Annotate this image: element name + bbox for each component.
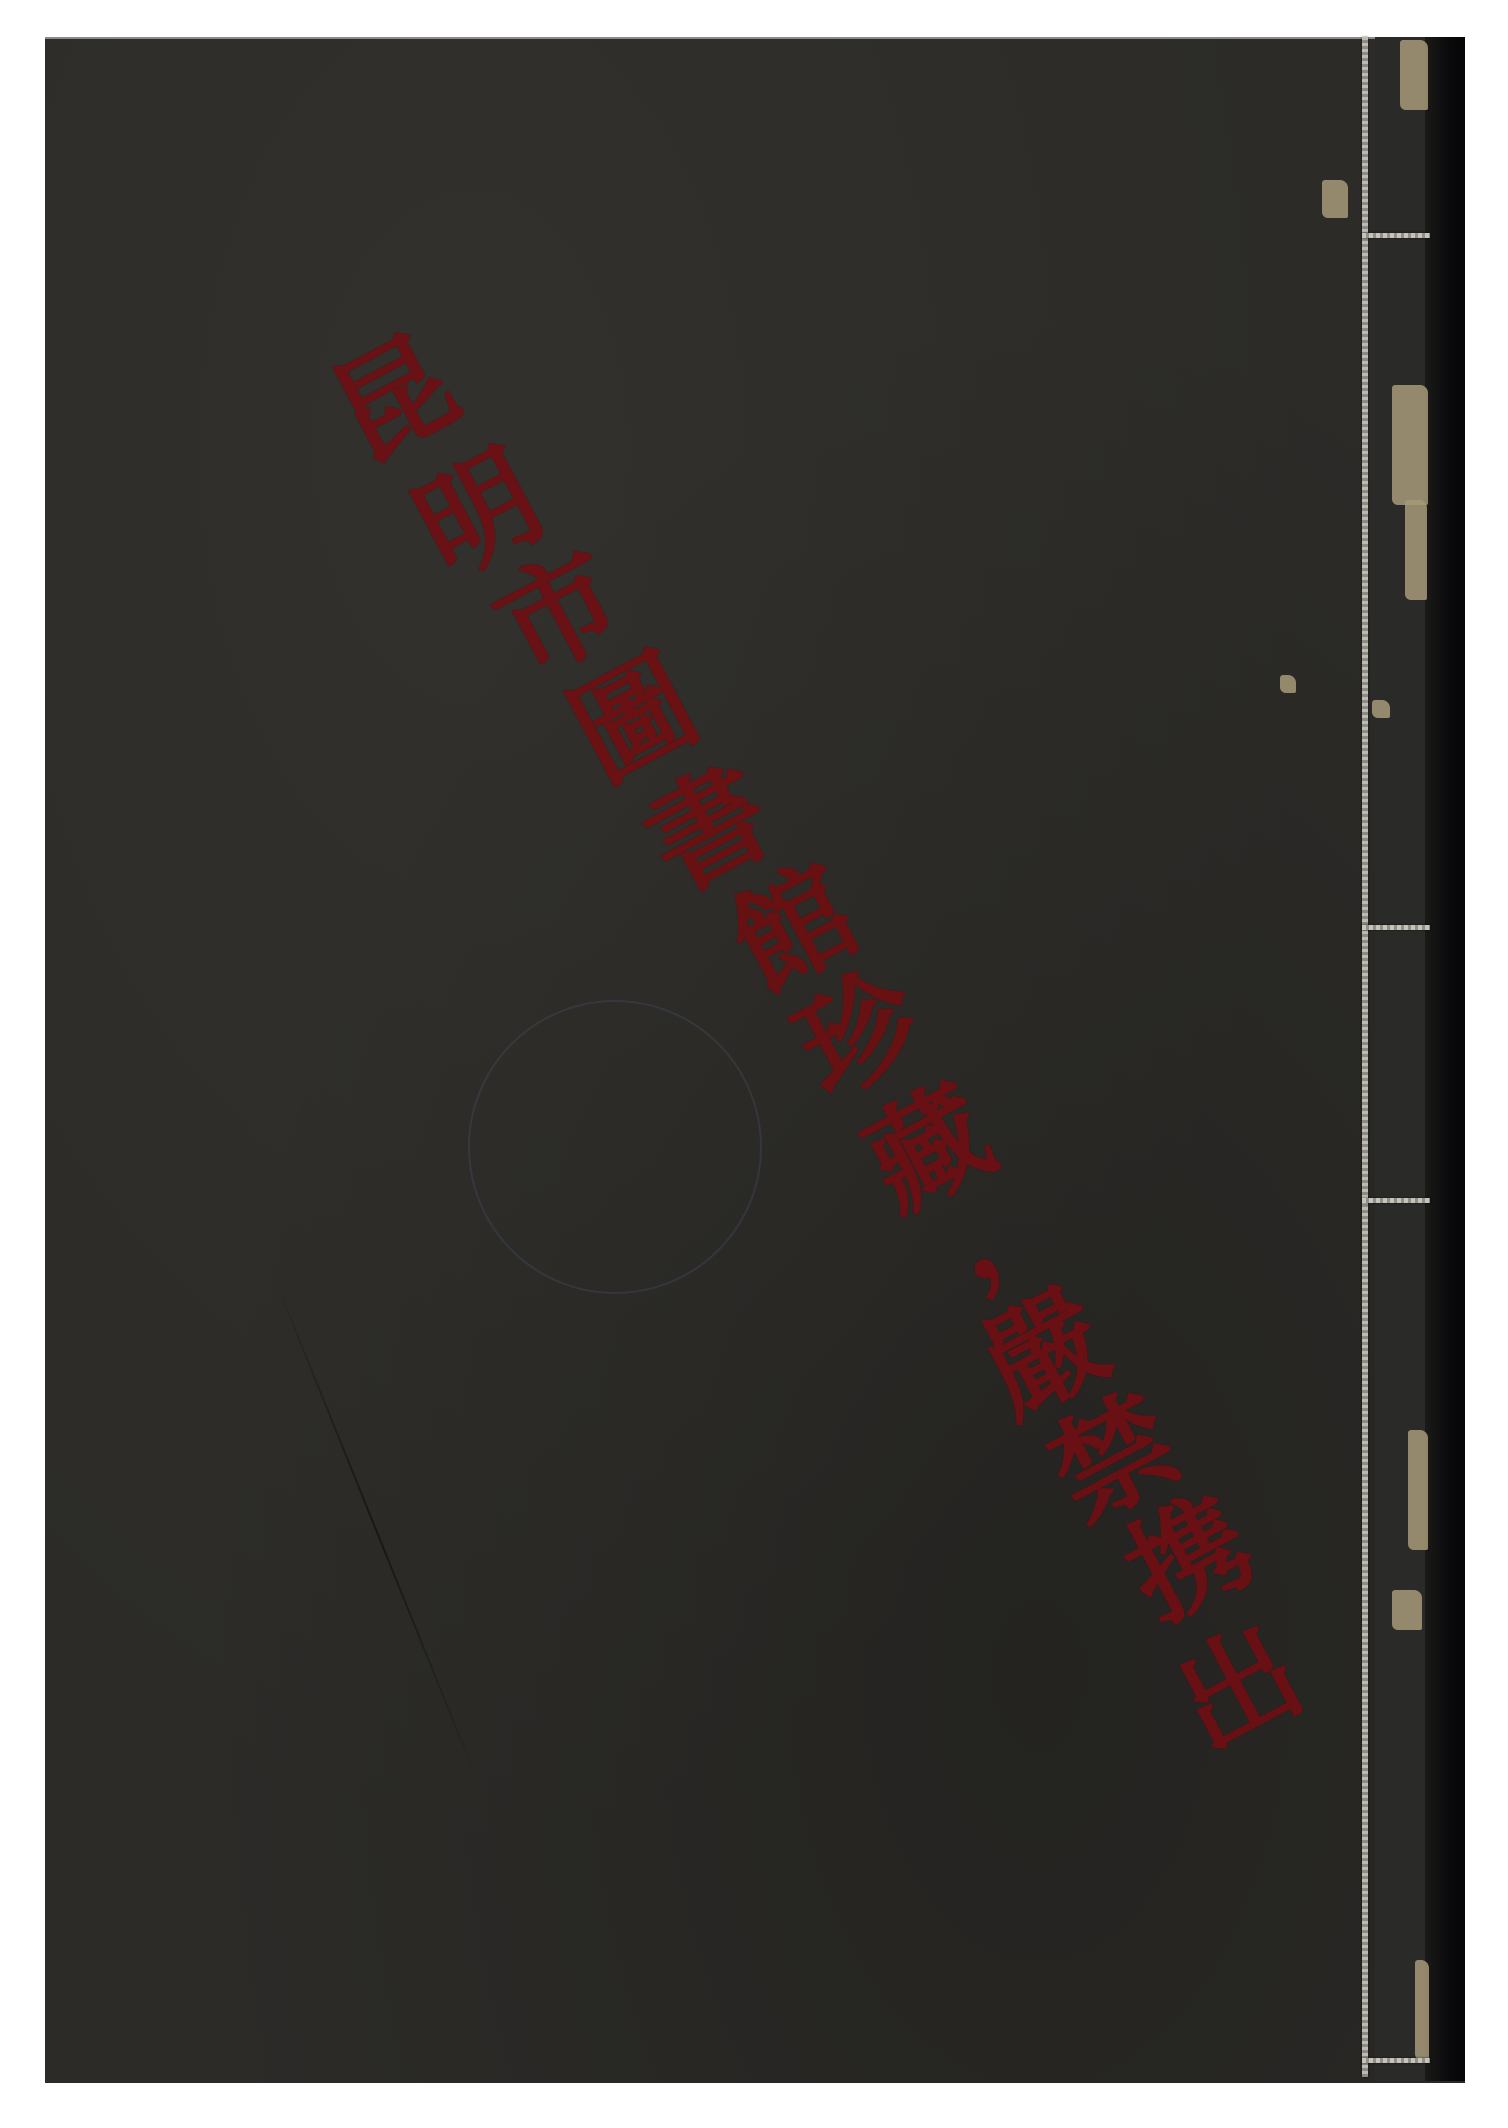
worn-patch: [1415, 1960, 1429, 2060]
worn-patch: [1400, 40, 1428, 110]
worn-patch: [1392, 385, 1428, 505]
binding-stitch: [1362, 1198, 1430, 1203]
worn-patch: [1392, 1590, 1422, 1630]
worn-patch: [1322, 180, 1348, 218]
book-cover: [45, 37, 1465, 2083]
faded-circular-seal: [468, 1000, 762, 1294]
binding-thread: [1362, 37, 1368, 2077]
worn-patch: [1280, 675, 1296, 693]
worn-patch: [1405, 500, 1427, 600]
binding-stitch: [1362, 233, 1430, 238]
worn-patch: [1372, 700, 1390, 718]
binding-stitch: [1362, 2058, 1430, 2063]
binding-stitch: [1362, 925, 1430, 930]
spine-edge: [1425, 37, 1465, 2081]
worn-patch: [1408, 1430, 1428, 1550]
